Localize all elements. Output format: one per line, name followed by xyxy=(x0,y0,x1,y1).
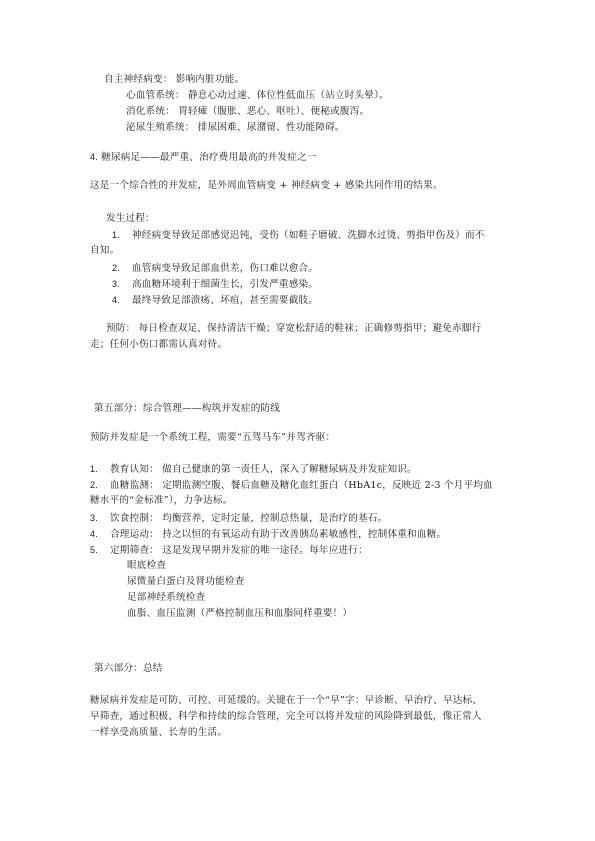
foot-process-label: 发生过程： xyxy=(106,213,155,225)
autonomic-item-urogenital: 泌尿生殖系统： 排尿困难、尿潴留、性功能障碍。 xyxy=(126,122,345,134)
management-item: 1.教育认知： 做自己健康的第一责任人，深入了解糖尿病及并发症知识。 xyxy=(90,463,417,476)
management-item: 4.合理运动： 持之以恒的有氧运动有助于改善胰岛素敏感性，控制体重和血糖。 xyxy=(90,528,446,541)
autonomic-title: 自主神经病变： 影响内脏功能。 xyxy=(104,74,244,86)
autonomic-item-cardio: 心血管系统： 静息心动过速、体位性低血压（站立时头晕）。 xyxy=(126,90,389,102)
management-item: 5.定期筛查： 这是发现早期并发症的唯一途径。每年应进行： xyxy=(90,544,368,557)
process-item: 4.最终导致足部溃疡、坏疽，甚至需要截肢。 xyxy=(112,294,318,307)
process-item: 3.高血糖环境利于细菌生长，引发严重感染。 xyxy=(112,278,318,291)
summary-line: 一样享受高质量、长寿的生活。 xyxy=(90,727,227,739)
management-item: 2.血糖监测： 定期监测空腹、餐后血糖及糖化血红蛋白（HbA1c，反映近 2-3… xyxy=(90,479,493,492)
foot-heading: 4. 糖尿病足——最严重、治疗费用最高的并发症之一 xyxy=(90,151,317,164)
foot-intro: 这是一个综合性的并发症，是外周血管病变 + 神经病变 + 感染共同作用的结果。 xyxy=(90,180,443,192)
part5-title: 第五部分：综合管理——构筑并发症的防线 xyxy=(94,403,280,415)
foot-heading-text: 糖尿病足——最严重、治疗费用最高的并发症之一 xyxy=(101,152,316,163)
screening-item: 足部神经系统检查 xyxy=(127,592,205,604)
foot-prevention-continued: 走；任何小伤口都需认真对待。 xyxy=(90,339,227,351)
autonomic-item-digestive: 消化系统： 胃轻瘫（腹胀、恶心、呕吐）、便秘或腹泻。 xyxy=(126,106,369,118)
part5-intro: 预防并发症是一个系统工程，需要“五驾马车”并驾齐驱： xyxy=(90,432,335,444)
process-item: 2.血管病变导致足部血供差，伤口难以愈合。 xyxy=(112,262,318,275)
foot-prevention: 预防： 每日检查双足，保持清洁干燥；穿宽松舒适的鞋袜；正确修剪指甲；避免赤脚行 xyxy=(106,323,481,335)
foot-heading-number: 4. xyxy=(90,151,98,163)
screening-item: 血脂、血压监测（严格控制血压和血脂同样重要！） xyxy=(127,608,352,620)
summary-line: 糖尿病并发症是可防、可控、可延缓的。关键在于一个“早”字：早诊断、早治疗、早达标… xyxy=(90,695,482,707)
process-item: 1.神经病变导致足部感觉迟钝，受伤（如鞋子磨破、洗脚水过烫、剪指甲伤及）而不 xyxy=(112,229,485,242)
screening-item: 眼底检查 xyxy=(127,560,166,572)
management-item-continued: 糖水平的“金标准”），力争达标。 xyxy=(90,495,233,507)
part6-title: 第六部分：总结 xyxy=(94,663,163,675)
summary-line: 早筛查，通过积极、科学和持续的综合管理，完全可以将并发症的风险降到最低，像正常人 xyxy=(90,711,482,723)
screening-item: 尿微量白蛋白及肾功能检查 xyxy=(127,576,245,588)
process-item-continued: 自知。 xyxy=(90,245,119,257)
management-item: 3.饮食控制： 均衡营养，定时定量，控制总热量，是治疗的基石。 xyxy=(90,512,387,525)
